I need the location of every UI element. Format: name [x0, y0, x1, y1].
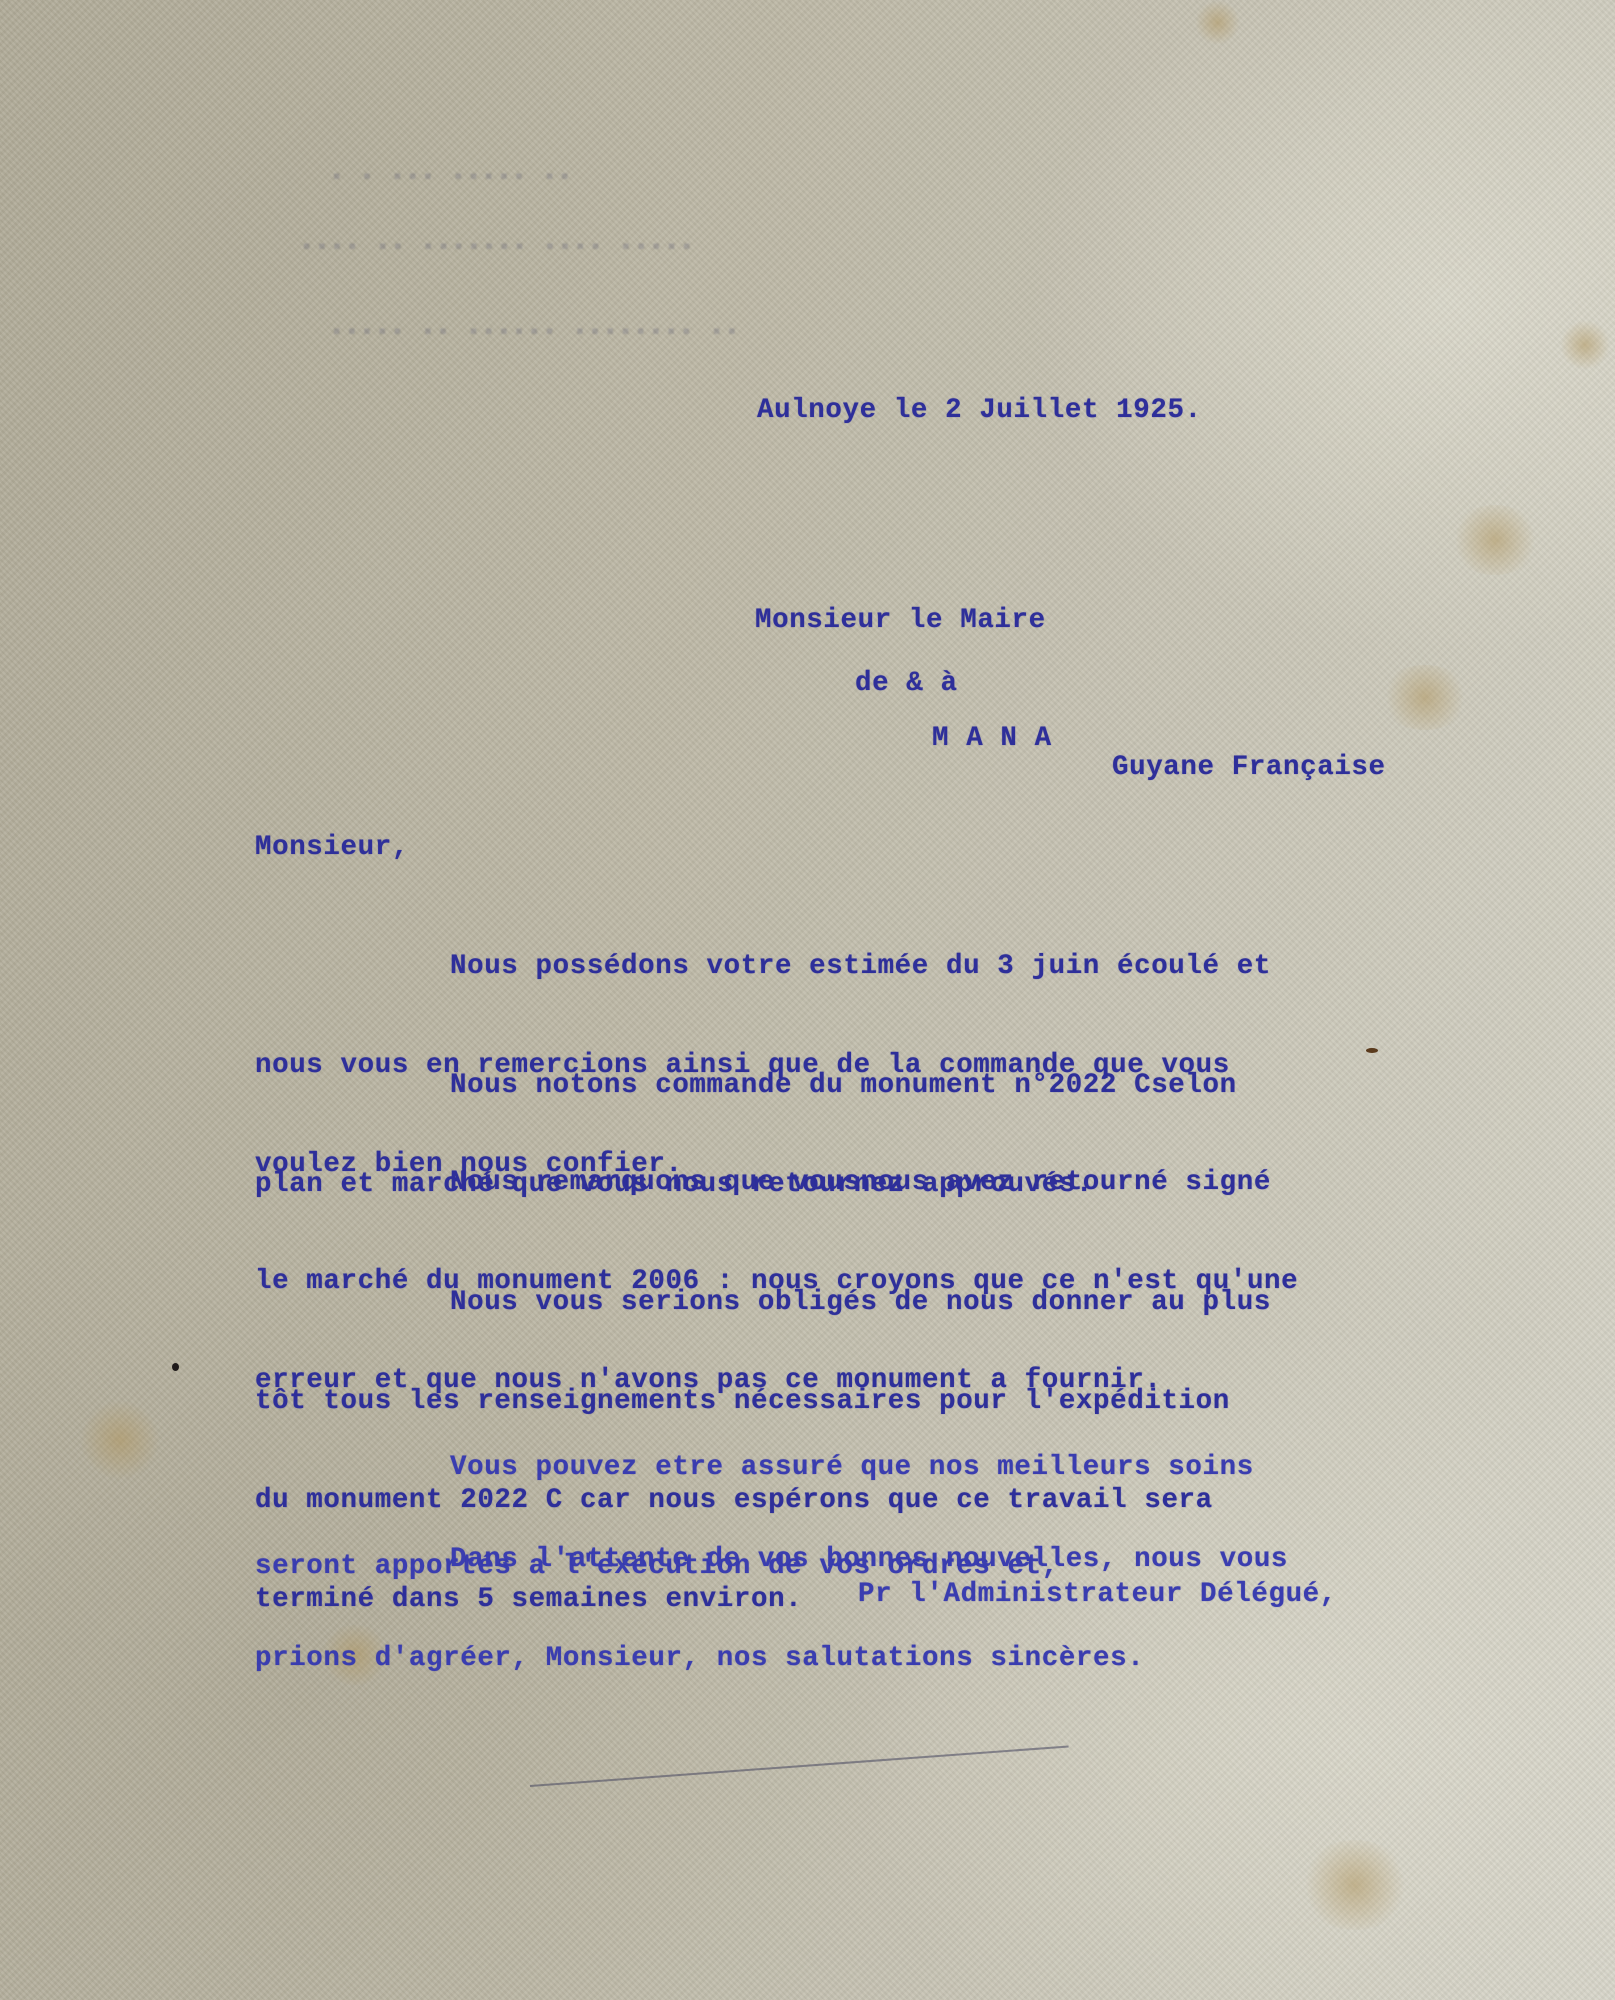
foxing-stain — [80, 1400, 160, 1480]
bleed-through-text: ▪ ▪ ▪▪▪ ▪▪▪▪▪ ▪▪ — [330, 165, 573, 190]
foxing-stain — [1560, 320, 1610, 370]
signature-line: Pr l'Administrateur Délégué, — [858, 1578, 1337, 1611]
body-line: Nous vous serions obligés de nous donner… — [255, 1286, 1271, 1319]
recipient-country: Guyane Française — [1112, 751, 1386, 784]
place-date: Aulnoye le 2 Juillet 1925. — [757, 394, 1202, 427]
foxing-stain — [1380, 665, 1470, 730]
bleed-through-text: ▪▪▪▪ ▪▪ ▪▪▪▪▪▪▪ ▪▪▪▪ ▪▪▪▪▪ — [300, 235, 695, 260]
body-line: prions d'agréer, Monsieur, nos salutatio… — [255, 1642, 1288, 1675]
foxing-stain — [1450, 505, 1540, 575]
body-line: Nous remarquons que vousnous avez retour… — [255, 1166, 1298, 1199]
bleed-through-text: ▪▪▪▪▪ ▪▪ ▪▪▪▪▪▪ ▪▪▪▪▪▪▪▪ ▪▪ — [330, 320, 740, 345]
body-line: Nous notons commande du monument n°2022 … — [255, 1069, 1237, 1102]
foxing-stain — [1300, 1840, 1410, 1930]
recipient-title: Monsieur le Maire — [755, 604, 1046, 637]
recipient-town: M A N A — [932, 722, 1052, 755]
recipient-line-2: de & à — [855, 667, 958, 700]
body-line: Nous possédons votre estimée du 3 juin é… — [255, 950, 1271, 983]
salutation: Monsieur, — [255, 831, 409, 864]
body-line: Dans l'attente de vos bonnes nouvelles, … — [255, 1543, 1288, 1576]
foxing-stain — [1195, 0, 1240, 45]
ink-dot — [1366, 1048, 1378, 1053]
ink-dot — [172, 1363, 179, 1371]
